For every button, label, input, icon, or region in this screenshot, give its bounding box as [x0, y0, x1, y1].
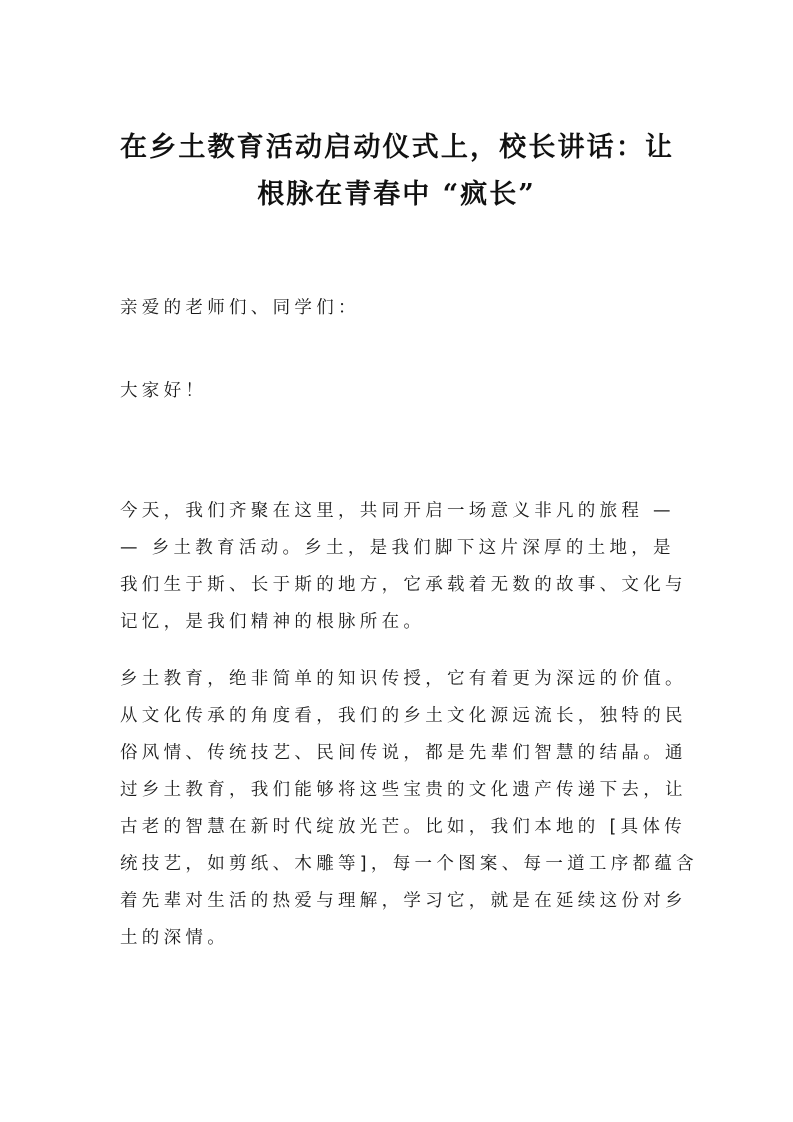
- paragraph-line: 着先辈对生活的热爱与理解，学习它，就是在延续这份对乡: [120, 883, 676, 920]
- paragraph-2: 乡土教育，绝非简单的知识传授，它有着更为深远的价值。 从文化传承的角度看，我们的…: [120, 661, 676, 957]
- salutation-text: 亲爱的老师们、同学们：: [120, 290, 676, 327]
- greeting: 大家好！: [120, 373, 676, 410]
- greeting-text: 大家好！: [120, 373, 676, 410]
- paragraph-line: — 乡土教育活动。乡土，是我们脚下这片深厚的土地，是: [120, 530, 676, 567]
- paragraph-line: 乡土教育，绝非简单的知识传授，它有着更为深远的价值。: [120, 661, 676, 698]
- paragraph-line: 过乡土教育，我们能够将这些宝贵的文化遗产传递下去，让: [120, 772, 676, 809]
- title-line-2: 根脉在青春中 “疯长”: [110, 172, 683, 211]
- paragraph-line: 土的深情。: [120, 920, 676, 957]
- paragraph-line: 今天，我们齐聚在这里，共同开启一场意义非凡的旅程 —: [120, 493, 676, 530]
- paragraph-1: 今天，我们齐聚在这里，共同开启一场意义非凡的旅程 — — 乡土教育活动。乡土，是…: [120, 493, 676, 641]
- paragraph-line: 我们生于斯、长于斯的地方，它承载着无数的故事、文化与: [120, 567, 676, 604]
- paragraph-line: 统技艺，如剪纸、木雕等]，每一个图案、每一道工序都蕴含: [120, 846, 676, 883]
- paragraph-line: 古老的智慧在新时代绽放光芒。比如，我们本地的 [具体传: [120, 809, 676, 846]
- title-line-1: 在乡土教育活动启动仪式上，校长讲话：让: [120, 125, 674, 164]
- paragraph-line: 从文化传承的角度看，我们的乡土文化源远流长，独特的民: [120, 698, 676, 735]
- document-page: 在乡土教育活动启动仪式上，校长讲话：让 根脉在青春中 “疯长” 亲爱的老师们、同…: [0, 0, 793, 1122]
- salutation: 亲爱的老师们、同学们：: [120, 290, 676, 327]
- paragraph-line: 俗风情、传统技艺、民间传说，都是先辈们智慧的结晶。通: [120, 735, 676, 772]
- paragraph-line: 记忆，是我们精神的根脉所在。: [120, 604, 676, 641]
